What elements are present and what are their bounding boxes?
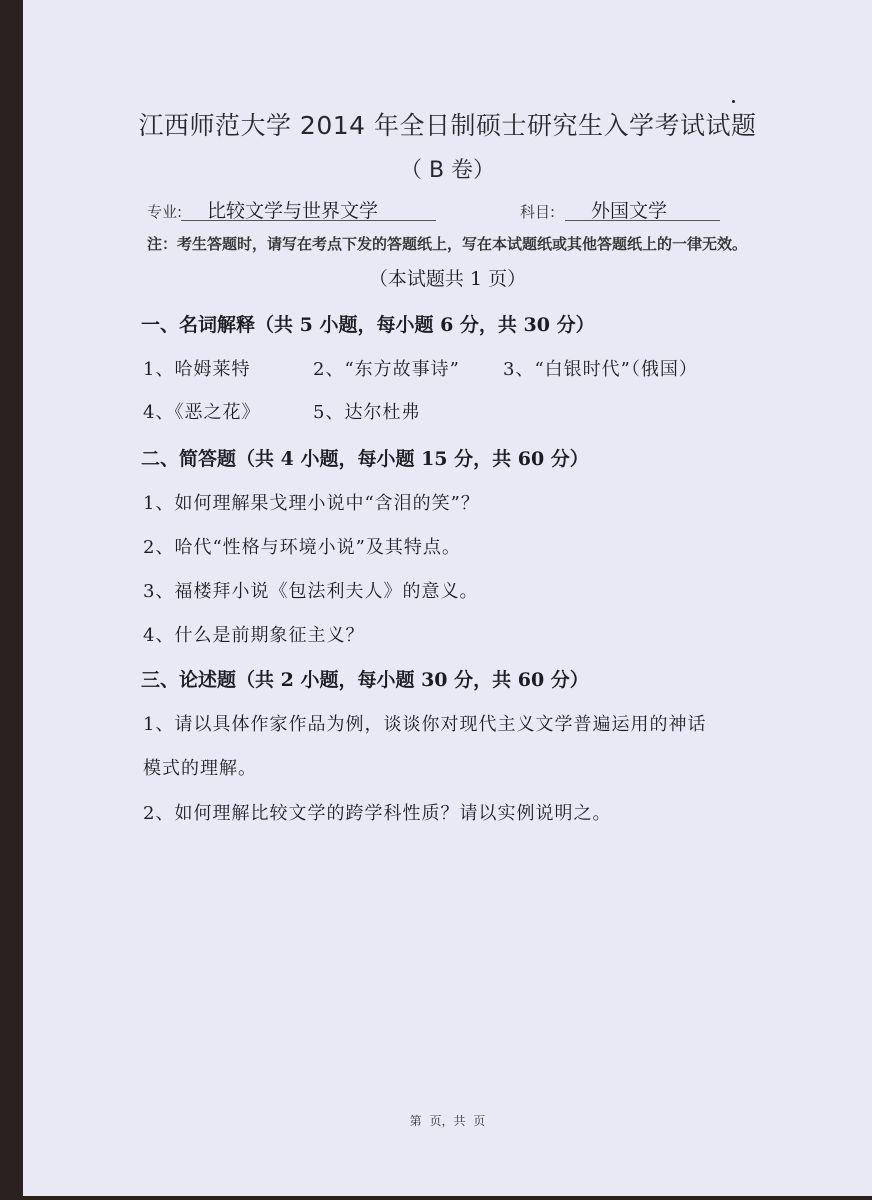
- major-field: 比较文学与世界文学: [181, 196, 436, 221]
- exam-paper: 江西师范大学 2014 年全日制硕士研究生入学考试试题 （ B 卷） 专业: 比…: [23, 0, 872, 1196]
- question-item: 5、达尔杜弗: [313, 398, 420, 424]
- subject-field: 外国文学: [565, 196, 720, 221]
- major-label: 专业:: [147, 201, 182, 222]
- volume-label: （ B 卷）: [23, 153, 872, 184]
- subject-value: 外国文学: [591, 196, 667, 223]
- section-heading-short-answer: 二、简答题（共 4 小题，每小题 15 分，共 60 分）: [141, 444, 589, 471]
- question-item: 2、哈代“性格与环境小说”及其特点。: [143, 533, 461, 559]
- page-footer: 第 页，共 页: [23, 1112, 872, 1129]
- major-value: 比较文学与世界文学: [207, 196, 378, 223]
- question-item: 3、“白银时代”（俄国）: [503, 355, 698, 381]
- question-item: 1、哈姆莱特: [143, 355, 250, 381]
- page-count: （本试题共 1 页）: [23, 264, 872, 291]
- exam-notice: 注：考生答题时，请写在考点下发的答题纸上，写在本试题纸或其他答题纸上的一律无效。: [147, 233, 747, 254]
- question-item: 2、“东方故事诗”: [313, 355, 460, 381]
- question-item: 2、如何理解比较文学的跨学科性质？请以实例说明之。: [143, 799, 611, 825]
- speck-mark: [732, 100, 735, 103]
- subject-label: 科目:: [520, 201, 555, 222]
- question-item: 4、《恶之花》: [143, 398, 260, 424]
- question-item-continued: 模式的理解。: [143, 754, 257, 780]
- section-heading-essay: 三、论述题（共 2 小题，每小题 30 分，共 60 分）: [141, 665, 589, 692]
- question-item: 4、什么是前期象征主义？: [143, 621, 364, 647]
- question-item: 1、请以具体作家作品为例，谈谈你对现代主义文学普遍运用的神话: [143, 710, 706, 736]
- question-item: 3、福楼拜小说《包法利夫人》的意义。: [143, 577, 478, 603]
- question-item: 1、如何理解果戈理小说中“含泪的笑”？: [143, 489, 480, 515]
- exam-title: 江西师范大学 2014 年全日制硕士研究生入学考试试题: [23, 106, 872, 142]
- section-heading-terms: 一、名词解释（共 5 小题，每小题 6 分，共 30 分）: [141, 310, 595, 337]
